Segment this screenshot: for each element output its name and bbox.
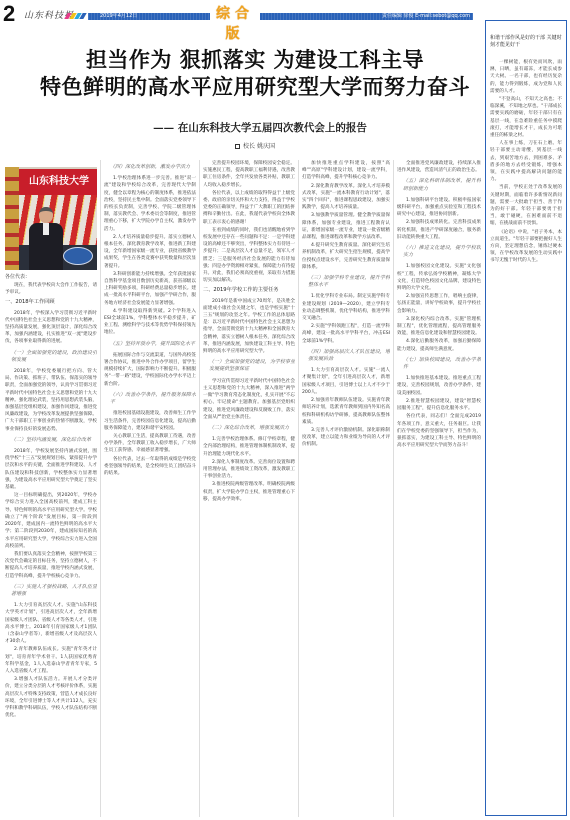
paragraph: 3.完善人才评价激励机制。深化职称制度改革，建立以能力和业绩为导向的人才评价机制… [302, 427, 390, 449]
sidebar-paragraph: 当前，学校正处于改革发展的关键时期，面临着许多新情况新问题，需要一大批敢于担当、… [490, 184, 562, 227]
paragraph: 现在，我代表学校向大会作工作报告，请予审议。 [5, 282, 97, 296]
paragraph: 1.大力引育高层次人才。实施"一流人才聚集计划"，全年引进高层次人才，新增国家级… [302, 367, 390, 396]
paragraph: 各位代表，以上成绩的取得得益于上级党委、政府的亲切关怀和大力支持，得益于学校党委… [203, 190, 295, 226]
sidebar-title: 和谐干部作风是好的干部 关键时刻才能见好干 [490, 35, 562, 49]
paragraph: 在看到成绩的同时，我们也清醒地看到学校发展中还存在一些问题和不足：一是学科建设的… [203, 227, 295, 285]
subsection-heading: （三）实施人才强校战略，人才队伍显著增强 [11, 584, 97, 598]
paragraph: 学习宣传贯彻习近平新时代中国特色社会主义思想和党的十九大精神，深入推进"两学一做… [203, 378, 295, 421]
paragraph: 2.人才培养质量稳步提升。落实立德树人根本任务，深化教育教学改革，推进新工科建设… [104, 234, 196, 270]
paragraph: 1.加强校园文化建设。实施"文化强校"工程，传承弘扬学校精神，凝练大学文化，打造… [397, 263, 481, 292]
sidebar-paragraph: 一棵树能，根有处而风吹，雨淋，日晒，虽有霜冻，才能长成参天大树。一名干部，也有经… [490, 59, 562, 95]
paragraph: 2.推进智慧校园建设，建设"智慧校园服务工程"，提升信息化服务水平。 [397, 398, 481, 412]
section-title: 综合版 [210, 3, 260, 43]
headline: 担当作为 狠抓落实 为建设工科主导 特色鲜明的高水平应用研究型大学而努力奋斗 [40, 47, 470, 101]
photo-banner-text: 山东科技大学 [22, 172, 96, 187]
sidebar-commentary-box: 和谐干部作风是好的干部 关键时刻才能见好干 一棵树能，根有处而风吹，雨淋，日晒，… [485, 20, 567, 816]
paragraph: 4.提升研究生教育质量。深化研究生培养机制改革，扩大研究生招生规模，提高学位授权… [302, 242, 390, 271]
paragraph: 2018年，学校发展坚持内涵式发展，围绕学校"十三五"发展规划目标，紧扣提升办学… [5, 448, 97, 491]
paragraph: 2.深化教育教学改革。深化人才培养模式改革，实施"一流本科教育行动计划"，落实"… [302, 183, 390, 212]
subtitle: —— 在山东科技大学五届四次教代会上的报告 [60, 120, 460, 135]
subsection-heading: （五）坚持开放办学，提升国际化水平 [110, 341, 196, 348]
subsection-heading: （一）全面加强党的建设，政治建设引领发展 [11, 350, 97, 364]
byline-author: 校长 姚庆国 [243, 143, 275, 150]
color-stripes-decoration [66, 13, 88, 19]
subsection-heading: （二）深化综合改革，增强发展活力 [209, 425, 295, 432]
article-column-4: 加快推进重点学科建设，按照"高峰""高原"学科建设计划，建设一流学科，打造学科高… [302, 160, 390, 817]
paragraph: 各位代表，同志们！全面完成2019年各项工作，意义重大，任务艰巨。让我们在学校党… [397, 413, 481, 449]
sidebar-paragraph: "不登高山，不知天之高也；不临深溪，不知地之厚也。"干部成长需要实践的磨砺，年轻… [490, 96, 562, 139]
sidebar-body: 一棵树能，根有处而风吹，雨淋，日晒，虽有霜冻，才能长成参天大树。一名干部，也有经… [490, 59, 562, 265]
paragraph: 2.加强科技成果转化。完善科技成果转化机制，推进产学研深度融合，服务新旧动能转换… [397, 219, 481, 241]
byline-box-icon [235, 144, 240, 149]
article-column-5: 全面推进党风廉政建设，持续深入推进作风建设，营造风清气正的政治生态。（五）深化科… [397, 160, 481, 817]
paragraph: 1.完善学校治理体系。修订学校章程，健全内部治理结构，推进管理体制机制改革，提升… [203, 436, 295, 458]
paragraph: 2018年，学校深入学习贯彻习近平新时代中国特色社会主义思想和党的十九大精神，坚… [5, 310, 97, 346]
headline-line-2: 特色鲜明的高水平应用研究型大学而努力奋斗 [40, 74, 470, 101]
salutation: 各位代表： [5, 274, 97, 281]
section-heading: 二、2019年学校工作的主要任务 [203, 287, 295, 294]
sidebar-paragraph: 人在事上练，刀在石上磨。年轻干部要主动请缨，到基层一线去，到艰苦地方去，到困难多… [490, 140, 562, 183]
column-divider [393, 160, 394, 817]
byline: 校长 姚庆国 [150, 141, 360, 150]
paragraph: 3.加强教学质量管理。健全教学质量保障体系，加强专业建设，推进工程教育认证，新增… [302, 212, 390, 241]
paragraph: 2.实施"学科领跑工程"，打造一流学科高峰，建设一批高水平学科平台，冲击ESI全… [302, 323, 390, 345]
paragraph: 1.优化学科专业布局。制定实施学科专业建设规划（2019—2020），建立学科专… [302, 293, 390, 322]
paragraph: 3.科研创新能力持续增强。全年获批国家自然科学基金项目数创历史新高，获省部级以上… [104, 271, 196, 307]
paragraph: 1.加快推进基本建设。推进重点工程建设，完善校园规划，改善办学条件，建设美丽校园… [397, 375, 481, 397]
article-column-1: 现在，我代表学校向大会作工作报告，请予审议。一、2018年工作回顾2018年，学… [5, 282, 97, 817]
paragraph: 1.加强科研平台建设。积极申报国家级科研平台，加强重点实验室和工程技术研究中心建… [397, 197, 481, 219]
paragraph: 1.学校治理体系进一步完善。推进"双一流"建设和学校综合改革，完善现代大学制度，… [104, 175, 196, 233]
subsection-heading: （六）推进文化建设，提升学校软实力 [403, 245, 481, 259]
paragraph: 这一目标明确提出，到2020年，学校办学综合实力进入全国高校前列，建成工科主导、… [5, 492, 97, 550]
paragraph: 2.深化人事制度改革。完善岗位设置和聘用管理办法，推进绩效工资改革，激发教职工干… [203, 459, 295, 481]
subsection-heading: （一）全面加强党的建设，为学校事业发展提供坚强保证 [209, 359, 295, 373]
subsection-heading: （六）改善办学条件，提升服务保障水平 [110, 392, 196, 406]
column-divider [100, 160, 101, 817]
paragraph: 关心教职工生活，提高教职工待遇，改善办学条件，全年教职工收入稳步增长，广大师生员… [104, 433, 196, 455]
subsection-heading: （四）深化改革创新，激发办学活力 [110, 164, 196, 171]
subsection-heading: （二）坚持内涵发展，深化综合改革 [11, 437, 97, 444]
paragraph: 我们要认真落实全会精神，按照学校第三次党代会确定的目标任务，坚持立德树人，不断提… [5, 551, 97, 580]
editor-line: 责任编辑 徐俊 E-mail:sebot@qq.com [382, 12, 470, 20]
paragraph: 3.增强人才队伍活力。开展人才分类评价，建立分类分层的人才考核评价体系，实施高层… [5, 676, 97, 719]
speaker-figure [29, 207, 63, 270]
subsection-heading: （七）加快校园建设，改善办学条件 [403, 357, 481, 371]
paragraph: 4.深化后勤服务改革，加强后勤保障能力建设，提高师生满意度。 [397, 338, 481, 352]
paragraph: 3.推进校院两级管理改革。明确校院两级权责，扩大学院办学自主权，推进管理重心下移… [203, 481, 295, 503]
issue-date: 2019年4月12日 [100, 12, 137, 20]
paragraph: 加快推进重点学科建设，按照"高峰""高原"学科建设计划，建设一流学科，打造学科高… [302, 160, 390, 182]
subsection-heading: （五）深化科研体制改革，提升科研创新能力 [403, 178, 481, 192]
paragraph: 2.加强宣传思想工作，唱响主旋律，弘扬正能量，讲好学校故事，提升学校社会影响力。 [397, 293, 481, 315]
article-column-3: 完善提升校园环境，保障校园安全稳定。实施惠民工程，提高教职工福利待遇，改善教职工… [203, 160, 295, 817]
paragraph: 完善提升校园环境，保障校园安全稳定。实施惠民工程，提高教职工福利待遇，改善教职工… [203, 160, 295, 189]
paragraph: 1.大力引育高层次人才。实施"山东科技大学英才计划"，引进高层次人才，全年新增国… [5, 602, 97, 645]
paragraph: 2.加强青年教师队伍建设。实施青年教师培养计划，选派青年教师到国内外知名高校和科… [302, 397, 390, 426]
column-divider [199, 160, 200, 817]
section-heading: 一、2018年工作回顾 [5, 299, 97, 306]
paragraph: 推进校园基础设施建设，改善师生工作学习生活条件，完善校园信息化建设，提高后勤服务… [104, 410, 196, 432]
paragraph: 2.青年教师队伍成长。实施"青年英才计划"，培育青年学术骨干。1人获国家优秀青年… [5, 646, 97, 675]
sidebar-paragraph: 《论语》中说，"君子务本，本立而道生。"年轻干部要把握好人生方向，坚定理想信念，… [490, 229, 562, 265]
paragraph: 各位代表，过去一年取得的成绩是学校党委坚强领导的结果，是全校师生员工团结奋斗的结… [104, 456, 196, 478]
paragraph: 拓展国际合作与交流渠道，与国外高校签署合作协议，推进中外合作办学项目，留学生规模… [104, 352, 196, 388]
page-number: 2 [3, 3, 15, 25]
university-logo-icon [63, 247, 93, 265]
article-column-2: （四）深化改革创新，激发办学活力1.学校治理体系进一步完善。推进"双一流"建设和… [104, 160, 196, 817]
paragraph: 2018年，学校党委履行把方向、管大局、作决策、抓班子、带队伍、保落实的领导职责… [5, 368, 97, 433]
speaker-photo: 山东科技大学 [5, 167, 97, 270]
subsection-heading: （三）加强学科专业建设，提升学科整体水平 [308, 275, 390, 289]
headline-line-1: 担当作为 狠抓落实 为建设工科主导 [40, 47, 470, 74]
paragraph: 2019年是新中国成立70周年，是决胜全面建成小康社会关键之年，也是学校实施"十… [203, 298, 295, 356]
paragraph: 3.深化校内综合改革。实施"管理机制工程"，优化管理流程，提高管理服务效能，推进… [397, 316, 481, 338]
paragraph: 全面推进党风廉政建设，持续深入推进作风建设，营造风清气正的政治生态。 [397, 160, 481, 174]
subsection-heading: （四）加强高层次人才队伍建设，增强发展后劲 [308, 349, 390, 363]
paragraph: 4.学科建设取得新突破。2个学科进入ESI全球前1%，学科整体水平稳步提升，矿业… [104, 308, 196, 337]
column-divider [298, 160, 299, 817]
